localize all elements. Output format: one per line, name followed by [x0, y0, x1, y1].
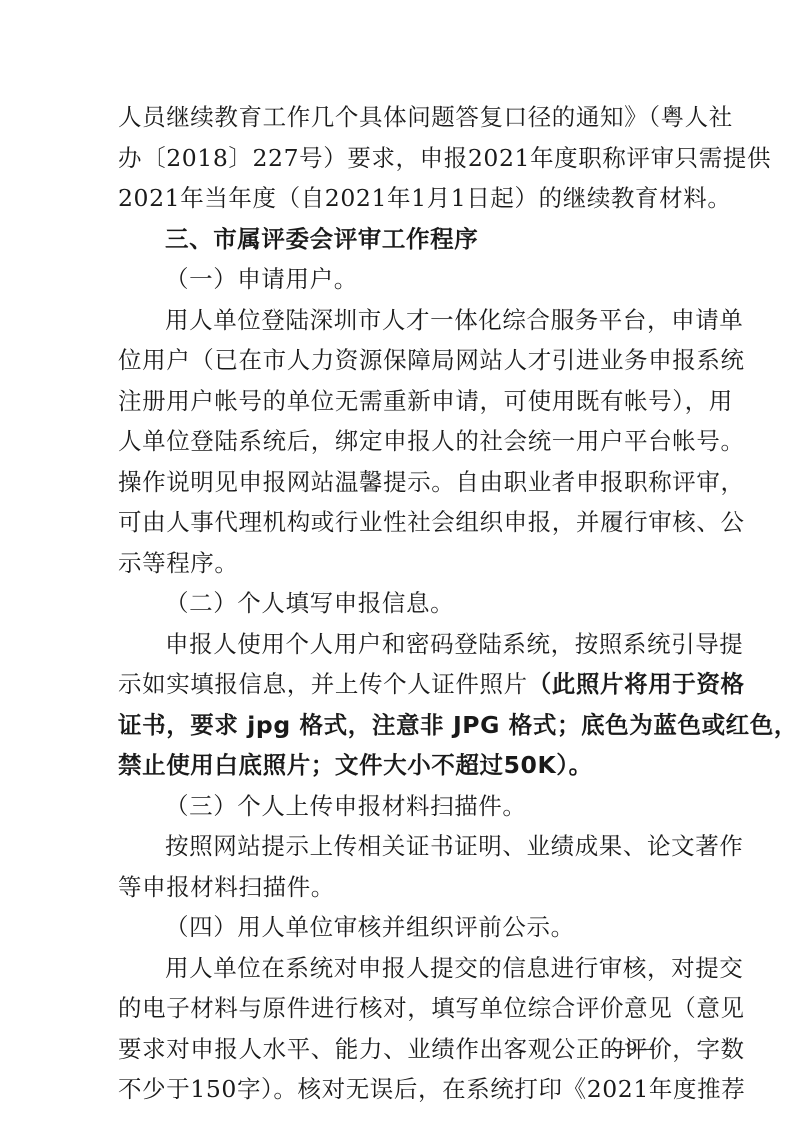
bold-text: （此照片将用于资格 [528, 670, 745, 698]
text-line: 可由人事代理机构或行业性社会组织申报，并履行审核、公 [118, 502, 694, 543]
text-line: 位用户（已在市人力资源保障局网站人才引进业务申报系统 [118, 340, 694, 381]
text-line: 操作说明见申报网站温馨提示。自由职业者申报职称评审， [118, 462, 694, 503]
paragraph-start: 按照网站提示上传相关证书证明、业绩成果、论文著作 [118, 826, 694, 867]
text-line: 人单位登陆系统后，绑定申报人的社会统一用户平台帐号。 [118, 421, 694, 462]
text-line-mixed: 示如实填报信息，并上传个人证件照片（此照片将用于资格 [118, 664, 694, 705]
paragraph-start: 用人单位登陆深圳市人才一体化综合服务平台，申请单 [118, 300, 694, 341]
text-line: 人员继续教育工作几个具体问题答复口径的通知》（粤人社 [118, 97, 694, 138]
bold-text-line: 证书，要求 jpg 格式，注意非 JPG 格式；底色为蓝色或红色， [118, 705, 694, 746]
paragraph-start: 用人单位在系统对申报人提交的信息进行审核，对提交 [118, 948, 694, 989]
text-line: 示等程序。 [118, 543, 694, 584]
subsection-heading: （四）用人单位审核并组织评前公示。 [118, 907, 694, 948]
bold-text-line: 禁止使用白底照片；文件大小不超过50K）。 [118, 745, 694, 786]
subsection-heading: （一）申请用户。 [118, 259, 694, 300]
subsection-heading: （三）个人上传申报材料扫描件。 [118, 786, 694, 827]
plain-text: 示如实填报信息，并上传个人证件照片 [118, 670, 528, 698]
text-line: 不少于150字）。核对无误后，在系统打印《2021年度推荐 [118, 1069, 694, 1110]
text-line: 的电子材料与原件进行核对，填写单位综合评价意见（意见 [118, 988, 694, 1029]
paragraph-start: 申报人使用个人用户和密码登陆系统，按照系统引导提 [118, 624, 694, 665]
subsection-heading: （二）个人填写申报信息。 [118, 583, 694, 624]
section-heading: 三、市属评委会评审工作程序 [118, 219, 694, 260]
text-line: 等申报材料扫描件。 [118, 867, 694, 908]
text-line: 办〔2018〕227号）要求，申报2021年度职称评审只需提供 [118, 138, 694, 179]
text-line: 2021年当年度（自2021年1月1日起）的继续教育材料。 [118, 178, 694, 219]
document-page: 人员继续教育工作几个具体问题答复口径的通知》（粤人社 办〔2018〕227号）要… [118, 97, 694, 1110]
text-line: 注册用户帐号的单位无需重新申请，可使用既有帐号），用 [118, 381, 694, 422]
page-number: —9— [608, 1038, 655, 1059]
